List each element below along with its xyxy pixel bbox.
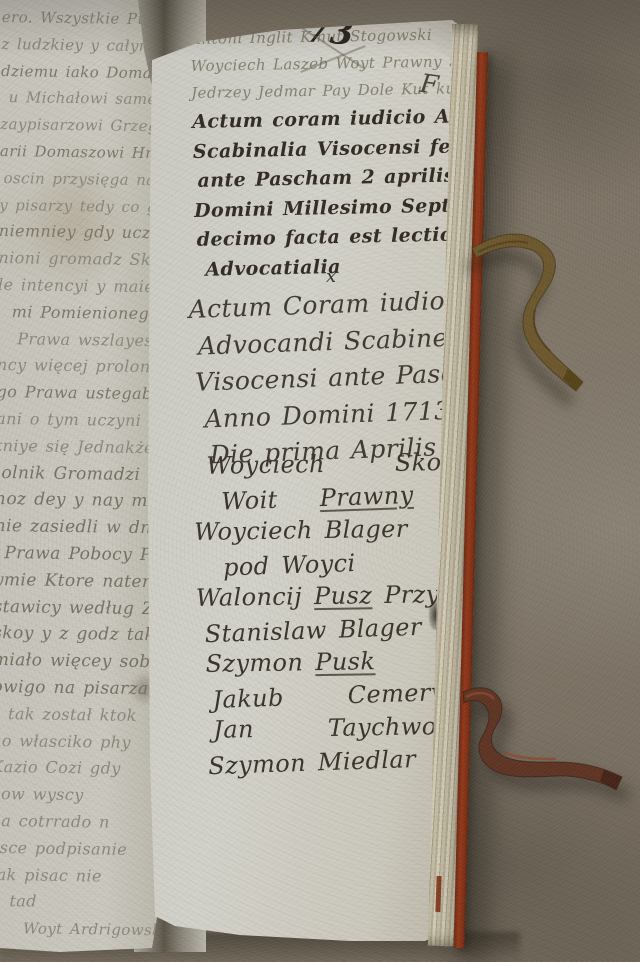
name-part: Miedlar xyxy=(317,743,416,779)
name-part xyxy=(427,743,428,776)
name-part: Szymon xyxy=(208,747,307,783)
name-part: Prawny xyxy=(319,479,414,515)
name-part: Woyciech xyxy=(194,514,313,549)
name-part xyxy=(419,513,420,546)
name-part: Woyciech xyxy=(206,448,325,483)
name-part: Woit xyxy=(221,484,279,519)
name-part xyxy=(387,645,388,678)
name-part: Blager xyxy=(324,513,408,547)
section-mark: x xyxy=(326,266,337,287)
name-part: Pusk xyxy=(315,645,376,679)
name-part: pod xyxy=(222,550,270,585)
name-part xyxy=(367,547,368,580)
name-part: Jakub xyxy=(212,682,284,717)
name-part: Pusz xyxy=(314,579,373,613)
name-part: Jan xyxy=(213,713,254,747)
name-part: Szymon xyxy=(205,646,303,681)
right-page: Antoni Inglit Kmut Stogowski Woyciech La… xyxy=(148,0,474,952)
manuscript-photo: ero. Wszystkie Pusto z ludzkiey y całym … xyxy=(0,0,640,962)
name-part: Woyci xyxy=(281,547,356,583)
name-part: Waloncij xyxy=(196,580,303,615)
name-part: Blager xyxy=(338,611,422,647)
